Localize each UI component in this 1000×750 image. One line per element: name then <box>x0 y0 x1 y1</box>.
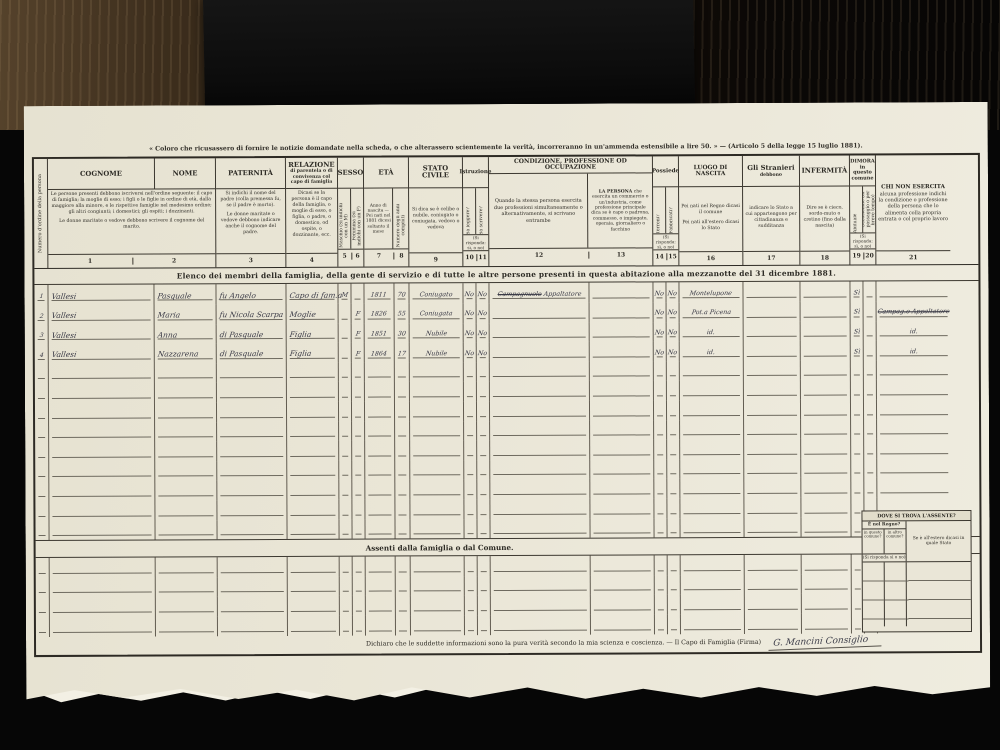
cell <box>411 556 465 576</box>
possiede-terreni: Terreni? <box>656 214 661 233</box>
column-header-chi-non-esercita: CHI NON ESERCITA alcuna professione indi… <box>876 156 950 265</box>
cell <box>680 361 744 381</box>
col-num-8: 8 <box>394 253 409 260</box>
cell <box>365 362 395 382</box>
cell <box>50 558 156 578</box>
column-header-eta: ETÀ Anno di nascita — Pei nati nel 1881 … <box>364 158 409 267</box>
luogo-desc2: Pei nati all'estero dicasi lo Stato <box>681 220 740 232</box>
cell: 55 <box>395 303 410 323</box>
cell <box>744 498 801 518</box>
infermita-desc: Dire se è cieco, sordo-muto o cretino (f… <box>802 206 847 230</box>
cell <box>743 282 800 302</box>
cell <box>654 381 667 401</box>
column-header-infermita: INFERMITÀ Dire se è cieco, sordo-muto o … <box>800 156 850 265</box>
cell <box>490 479 590 499</box>
cell <box>395 460 410 480</box>
dove-box-title: DOVE SI TROVA L'ASSENTE? <box>862 511 970 521</box>
cell <box>353 576 366 596</box>
cell <box>288 557 340 577</box>
cell <box>464 401 477 421</box>
cell <box>395 480 410 500</box>
col-num-14: 14 <box>653 254 666 261</box>
cell <box>490 342 590 362</box>
cell <box>410 460 464 480</box>
cell <box>217 402 287 422</box>
cell <box>36 597 50 617</box>
cell <box>35 501 49 521</box>
cell: Nubile <box>410 342 464 362</box>
col-num-4: 4 <box>286 253 337 267</box>
cell <box>49 422 155 442</box>
table-header: Numero d'ordine della persona COGNOME NO… <box>34 155 978 269</box>
dove-questo-comune: in questo comune? <box>863 529 885 553</box>
cell <box>877 360 951 380</box>
cell <box>339 480 352 500</box>
table-row <box>35 517 979 541</box>
cognome-desc: Le persone presenti debbono iscriversi n… <box>50 192 213 216</box>
column-header-condizione: CONDIZIONE, PROFESSIONE OD OCCUPAZIONE Q… <box>489 157 653 267</box>
cell: Montelupone <box>679 282 743 302</box>
cell <box>590 498 654 518</box>
cell <box>155 363 217 383</box>
cell <box>411 615 465 635</box>
cell <box>35 383 49 403</box>
handwritten-entry: Nubile <box>425 351 447 357</box>
cell <box>464 440 477 460</box>
cell <box>863 282 876 302</box>
cell <box>477 499 490 519</box>
cell <box>851 478 864 498</box>
cell <box>802 574 852 594</box>
cell: Capo di fam.a <box>286 284 338 304</box>
cell: Vallesi <box>49 305 155 325</box>
paternita-desc: Si indichi il nome del padre (colla prem… <box>218 191 283 209</box>
luogo-desc1: Pei nati nel Regno dicasi il comune <box>681 204 740 216</box>
handwritten-entry: Pasquale <box>157 292 192 300</box>
column-header-stato-civile: STATO CIVILE Si dica se è celibe o nubil… <box>409 158 463 267</box>
cell <box>802 594 852 614</box>
cell <box>668 555 681 575</box>
cell <box>744 419 801 439</box>
cell <box>667 400 680 420</box>
handwritten-entry: id. <box>707 330 716 336</box>
cell: No <box>463 284 476 304</box>
cell <box>864 341 877 361</box>
cell <box>654 479 667 499</box>
cell <box>217 363 287 383</box>
head-of-family-signature: G. Mancini Consiglio <box>769 634 883 650</box>
cell <box>654 498 667 518</box>
cell <box>744 458 801 478</box>
cell: Nubile <box>410 323 464 343</box>
cell <box>800 282 850 302</box>
cell <box>851 419 864 439</box>
cell: F <box>352 304 365 324</box>
cell <box>35 481 49 501</box>
paternita-desc2: Le donne maritate o vedove debbono indic… <box>218 212 283 236</box>
handwritten-entry: 3 <box>39 333 44 339</box>
sesso-femmina: Femmina (Si indichi con un F) <box>352 203 362 249</box>
dove-note: (Si risponda sì o no) <box>863 554 906 562</box>
cell <box>156 557 218 577</box>
cell <box>36 558 50 578</box>
handwritten-entry: Vallesi <box>51 332 77 340</box>
cell <box>590 440 654 460</box>
handwritten-entry: F <box>355 351 360 357</box>
cell <box>49 501 155 521</box>
cell <box>351 284 364 304</box>
cell <box>217 382 287 402</box>
cell <box>667 459 680 479</box>
cell <box>366 615 396 635</box>
cell <box>352 402 365 422</box>
handwritten-entry: Sì <box>853 349 860 355</box>
cell <box>802 613 852 633</box>
cell <box>744 321 801 341</box>
nome-title: NOME <box>154 159 215 189</box>
cell <box>35 403 49 423</box>
cell <box>288 596 340 616</box>
cell <box>864 321 877 341</box>
handwritten-entry: Vallesi <box>51 312 77 320</box>
col-num-19: 19 <box>850 253 863 260</box>
cell <box>365 460 395 480</box>
cell <box>654 439 667 459</box>
cell: 17 <box>395 343 410 363</box>
cell <box>287 480 339 500</box>
cell <box>864 360 877 380</box>
cell: 70 <box>394 284 409 304</box>
cell <box>744 380 801 400</box>
cell <box>365 499 395 519</box>
cell <box>288 616 340 636</box>
handwritten-entry: Sì <box>853 310 860 316</box>
handwritten-entry: 1864 <box>371 351 388 357</box>
col-num-20: 20 <box>863 253 876 260</box>
cell <box>744 302 801 322</box>
cell <box>340 557 353 577</box>
cell <box>801 497 851 517</box>
cell <box>340 616 353 636</box>
handwritten-entry: 2 <box>39 314 44 320</box>
column-header-luogo-nascita: LUOGO DI NASCITA Pei nati nel Regno dica… <box>679 156 743 265</box>
cell <box>339 362 352 382</box>
cell <box>365 441 395 461</box>
column-header-istruzione: Istruzione Sa leggere? Sa scrivere? (Si … <box>463 158 489 267</box>
cell <box>490 401 590 421</box>
cell <box>36 578 50 598</box>
cell <box>477 421 490 441</box>
cognome-title: COGNOME <box>48 159 154 189</box>
cell: 4 <box>35 344 49 364</box>
cell <box>464 362 477 382</box>
cell: Pasquale <box>154 285 216 305</box>
cell <box>745 574 802 594</box>
cell <box>680 498 744 518</box>
cell <box>49 520 155 540</box>
cell <box>877 419 951 439</box>
handwritten-entry: Capo di fam.a <box>289 291 343 299</box>
cell <box>680 459 744 479</box>
cell <box>339 343 352 363</box>
ordine-label: Numero d'ordine della persona <box>38 174 44 253</box>
handwritten-entry: Maria <box>157 312 181 320</box>
cell <box>410 382 464 402</box>
cell <box>365 421 395 441</box>
handwritten-entry: fu Nicola Scarpa <box>219 311 284 319</box>
cell <box>218 596 288 616</box>
cell <box>745 594 802 614</box>
cell <box>155 500 217 520</box>
handwritten-entry: No <box>478 331 488 337</box>
cell <box>680 478 744 498</box>
handwritten-entry: Coniugato <box>419 292 453 298</box>
cell <box>156 616 218 636</box>
cell: Coniugato <box>409 284 463 304</box>
cell: No <box>666 283 679 303</box>
cell <box>864 380 877 400</box>
cell <box>465 595 478 615</box>
census-table: Numero d'ordine della persona COGNOME NO… <box>32 153 982 656</box>
cell <box>410 362 464 382</box>
col-num-21: 21 <box>876 251 950 265</box>
cell <box>490 499 590 519</box>
cell: di Pasquale <box>217 343 287 363</box>
cell <box>864 478 877 498</box>
dark-folder-cover <box>203 0 695 117</box>
handwritten-entry: Nazzarena <box>157 351 199 359</box>
cell <box>339 382 352 402</box>
cognome-desc2: Le donne maritate o vedove debbono scriv… <box>50 218 213 230</box>
cell <box>352 421 365 441</box>
cell: Maria <box>155 304 217 324</box>
condizione-persona: che esercita un commercio o un'industria… <box>591 189 649 232</box>
cell <box>654 400 667 420</box>
cell <box>464 421 477 441</box>
cell: fu Angelo <box>216 284 286 304</box>
cell <box>366 596 396 616</box>
col-num-12: 12 <box>489 252 588 259</box>
legal-warning-text: « Coloro che ricusassero di fornire le n… <box>62 142 949 153</box>
column-header-relazione: RELAZIONEdi parentela o di convivenza co… <box>286 158 338 267</box>
cell <box>155 402 217 422</box>
cell <box>801 380 851 400</box>
cell: id. <box>680 341 744 361</box>
cell <box>352 480 365 500</box>
cell <box>667 498 680 518</box>
cell <box>654 518 667 538</box>
cell <box>667 361 680 381</box>
cell <box>802 555 852 575</box>
cell <box>491 615 591 635</box>
handwritten-entry: No <box>655 311 665 317</box>
handwritten-entry: Vallesi <box>51 351 77 359</box>
cell <box>680 518 744 538</box>
absent-rows <box>36 554 980 636</box>
relazione-desc: Dicasi se la persona è il capo della fam… <box>288 191 335 238</box>
cell: Anna <box>155 324 217 344</box>
cell <box>681 614 745 634</box>
col-num-5: 5 <box>338 253 351 260</box>
cell <box>396 576 411 596</box>
istruzione-leggere: Sa leggere? <box>466 207 471 235</box>
cell <box>477 381 490 401</box>
cell <box>864 301 877 321</box>
cell <box>490 420 590 440</box>
cell <box>491 556 591 576</box>
cell <box>339 421 352 441</box>
cell <box>477 479 490 499</box>
cell: F <box>352 343 365 363</box>
cell <box>156 577 218 597</box>
cell <box>655 614 668 634</box>
cell <box>410 440 464 460</box>
dimora-note: (Si risponda: sì, o no) <box>850 233 875 249</box>
cell <box>465 556 478 576</box>
cell: 3 <box>35 325 49 345</box>
cell <box>478 595 491 615</box>
cell <box>490 361 590 381</box>
cell: F <box>352 323 365 343</box>
cell: No <box>464 303 477 323</box>
cell <box>410 499 464 519</box>
cell <box>744 517 801 537</box>
cell <box>477 519 490 539</box>
cell <box>681 594 745 614</box>
cell <box>395 499 410 519</box>
cell <box>668 575 681 595</box>
cell: Vallesi <box>49 324 155 344</box>
cell <box>50 597 156 617</box>
cell <box>490 518 590 538</box>
cell <box>680 400 744 420</box>
cell <box>395 382 410 402</box>
cell <box>339 519 352 539</box>
cell: fu Nicola Scarpa <box>217 304 287 324</box>
col-num-3: 3 <box>216 253 285 267</box>
cell <box>395 401 410 421</box>
cell <box>681 555 745 575</box>
cell <box>287 519 339 539</box>
handwritten-entry: No <box>465 351 475 357</box>
handwritten-entry: fu Angelo <box>219 292 256 300</box>
cell <box>801 517 851 537</box>
istruzione-scrivere: Sa scrivere? <box>479 206 484 235</box>
cell <box>339 500 352 520</box>
cell <box>491 595 591 615</box>
cell <box>491 575 591 595</box>
cell <box>681 575 745 595</box>
cell <box>352 362 365 382</box>
cell <box>745 555 802 575</box>
handwritten-entry: Campagnuolo Appaltatore <box>497 291 582 298</box>
cell <box>49 481 155 501</box>
cell: 1826 <box>365 304 395 324</box>
cell <box>591 595 655 615</box>
handwritten-entry: F <box>355 332 360 338</box>
handwritten-entry: Montelupone <box>689 291 732 297</box>
cell <box>287 461 339 481</box>
cell <box>801 360 851 380</box>
cell: No <box>667 322 680 342</box>
cell <box>801 439 851 459</box>
cell <box>801 399 851 419</box>
dove-altro-comune: in altro comune? <box>884 529 906 553</box>
cell <box>490 303 590 323</box>
sesso-maschio: Maschio (Si indichi con un M) <box>339 203 349 249</box>
possiede-note: (Si risponda: sì, o no) <box>653 234 678 250</box>
cell <box>49 461 155 481</box>
handwritten-entry: Figlia <box>289 331 312 339</box>
cell <box>590 479 654 499</box>
cell <box>35 364 49 384</box>
cell <box>352 500 365 520</box>
handwritten-entry: No <box>477 292 487 298</box>
table-row <box>36 613 980 637</box>
cell <box>288 576 340 596</box>
cell <box>464 480 477 500</box>
cell: No <box>654 342 667 362</box>
cell <box>477 460 490 480</box>
handwritten-entry: 1851 <box>371 331 388 337</box>
cell <box>464 382 477 402</box>
cell <box>667 439 680 459</box>
cell <box>35 462 49 482</box>
cell <box>851 360 864 380</box>
possiede-fabbricati: Fabbricati? <box>669 207 674 233</box>
cell <box>49 363 155 383</box>
cell <box>155 383 217 403</box>
handwritten-entry: di Pasquale <box>219 350 264 358</box>
cell: di Pasquale <box>217 324 287 344</box>
handwritten-entry: 70 <box>397 292 406 298</box>
dove-regno-label: È nel Regno? <box>863 521 906 529</box>
eta-anno: Anno di nascita — Pei nati nel 1881 dice… <box>364 203 392 234</box>
cell: Sì <box>850 282 863 302</box>
cell <box>365 401 395 421</box>
cell <box>340 596 353 616</box>
handwritten-entry: No <box>668 330 678 336</box>
cell <box>667 518 680 538</box>
cell <box>490 322 590 342</box>
cell <box>864 439 877 459</box>
eta-anni: Numero degli anni compiuti <box>396 203 406 249</box>
cell <box>680 380 744 400</box>
handwritten-entry: 1 <box>39 294 44 300</box>
cell: No <box>653 283 666 303</box>
cell <box>590 302 654 322</box>
handwritten-entry: id. <box>707 350 716 356</box>
cell <box>864 458 877 478</box>
cell: No <box>477 342 490 362</box>
cell <box>155 520 217 540</box>
cell <box>287 382 339 402</box>
cell <box>35 442 49 462</box>
cell <box>477 440 490 460</box>
handwritten-entry: Coniugata <box>419 312 453 318</box>
cell <box>478 615 491 635</box>
cell <box>36 617 50 637</box>
cell <box>352 382 365 402</box>
cell: id. <box>877 321 951 341</box>
cell: 1811 <box>364 284 394 304</box>
cell <box>490 381 590 401</box>
handwritten-entry: No <box>654 291 664 297</box>
col-num-18: 18 <box>800 251 849 265</box>
handwritten-entry: No <box>668 311 678 317</box>
cell <box>464 519 477 539</box>
present-rows: 1VallesiPasqualefu AngeloCapo di fam.aM1… <box>34 281 979 540</box>
